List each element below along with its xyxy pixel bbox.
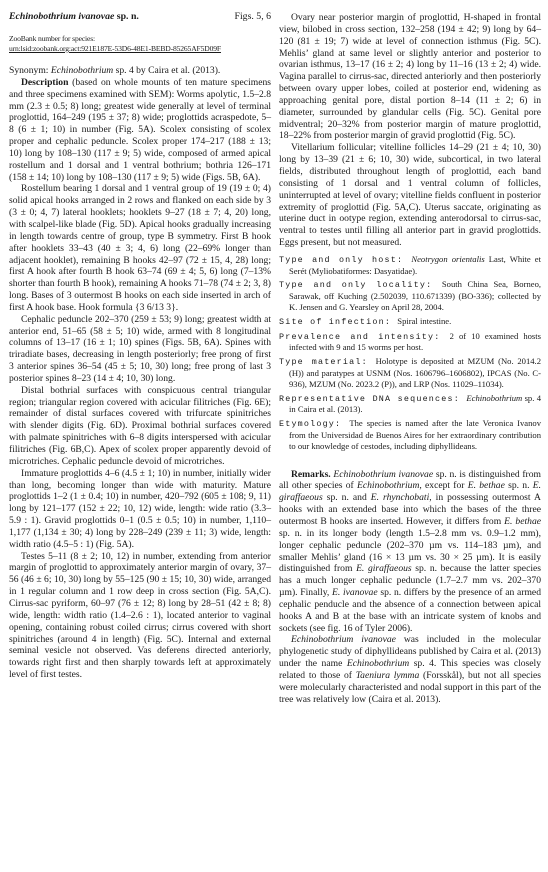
species-title-row: Echinobothrium ivanovae sp. n. Figs. 5, …: [9, 11, 271, 23]
field-prevalence: Prevalence and intensity: 2 of 10 examin…: [279, 331, 541, 354]
right-column: Ovary near posterior margin of proglotti…: [279, 12, 541, 706]
remarks-body: Echinobothrium ivanovae sp. n. is distin…: [279, 469, 541, 634]
synonym: Synonym: Echinobothrium sp. 4 by Caira e…: [9, 65, 271, 77]
field-dna: Representative DNA sequences: Echinoboth…: [279, 393, 541, 416]
proglottids-paragraph: Immature proglottids 4–6 (4.5 ± 1; 10) i…: [9, 468, 271, 551]
bothrial-paragraph: Distal bothrial surfaces with conspicuou…: [9, 385, 271, 468]
left-column: Echinobothrium ivanovae sp. n. Figs. 5, …: [9, 0, 271, 681]
remarks-heading: Remarks.: [291, 469, 331, 480]
field-locality: Type and only locality: South China Sea,…: [279, 279, 541, 312]
description-heading: Description: [21, 77, 68, 88]
zoobank-link[interactable]: urn:lsid:zoobank.org:act:921E187E-53D6-4…: [9, 44, 221, 53]
vitellarium-paragraph: Vitellarium follicular; vitelline follic…: [279, 142, 541, 249]
field-site: Site of infection: Spiral intestine.: [279, 316, 541, 328]
figure-reference: Figs. 5, 6: [235, 11, 271, 23]
rostellum-paragraph: Rostellum bearing 1 dorsal and 1 ventral…: [9, 183, 271, 313]
ovary-paragraph: Ovary near posterior margin of proglotti…: [279, 12, 541, 142]
testes-paragraph: Testes 5–11 (8 ± 2; 10, 12) in number, e…: [9, 551, 271, 681]
field-type-material: Type material: Holotype is deposited at …: [279, 356, 541, 389]
molecular-paragraph: Echinobothrium ivanovae was included in …: [279, 634, 541, 705]
zoobank-block: ZooBank number for species: urn:lsid:zoo…: [9, 34, 271, 54]
species-title: Echinobothrium ivanovae sp. n.: [9, 11, 139, 23]
description-paragraph: Description (based on whole mounts of te…: [9, 77, 271, 184]
remarks-paragraph: Remarks. Echinobothrium ivanovae sp. n. …: [279, 469, 541, 635]
field-etymology: Etymology: The species is named after th…: [279, 418, 541, 451]
taxonomic-fields: Type and only host: Neotrygon orientalis…: [279, 254, 541, 452]
peduncle-paragraph: Cephalic peduncle 202–370 (259 ± 53; 9) …: [9, 314, 271, 385]
zoobank-label: ZooBank number for species:: [9, 34, 271, 44]
field-host: Type and only host: Neotrygon orientalis…: [279, 254, 541, 277]
